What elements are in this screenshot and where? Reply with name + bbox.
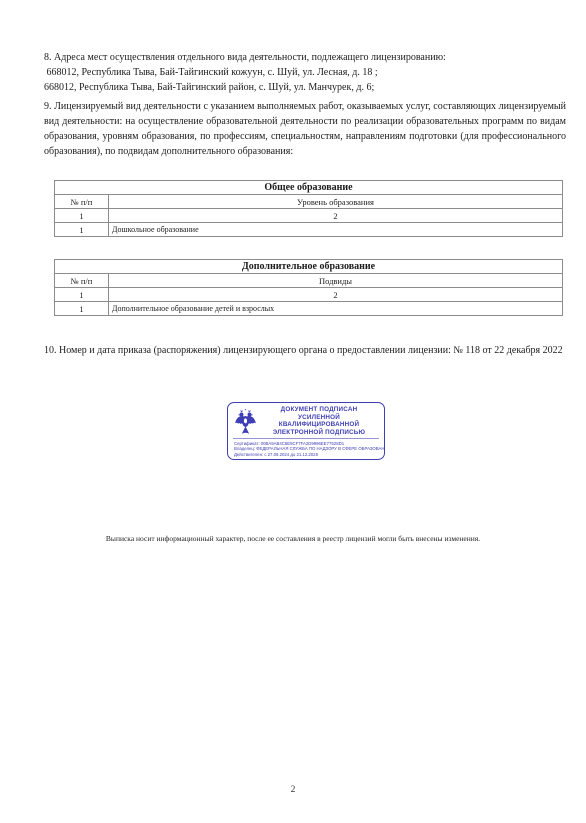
column-index-cell: 1 [55, 209, 109, 223]
table-row: 1 Дополнительное образование детей и взр… [55, 302, 563, 316]
stamp-owner-line: Владелец: ФЕДЕРАЛЬНАЯ СЛУЖБА ПО НАДЗОРУ … [234, 446, 380, 451]
column-index-cell: 2 [109, 288, 563, 302]
paragraph-addresses-line: 8. Адреса мест осуществления отдельного … [44, 50, 568, 65]
paragraph-addresses-line: 668012, Республика Тыва, Бай-Тайгинский … [44, 80, 568, 95]
stamp-header-line: ЭЛЕКТРОННОЙ ПОДПИСЬЮ [258, 429, 380, 437]
table-title: Общее образование [55, 181, 563, 195]
row-value-cell: Дополнительное образование детей и взрос… [109, 302, 563, 316]
stamp-header-line: ДОКУМЕНТ ПОДПИСАН [258, 406, 380, 414]
table-general-education: Общее образование № п/п Уровень образова… [54, 180, 563, 237]
informational-note: Выписка носит информационный характер, п… [0, 534, 586, 543]
document-page: 8. Адреса мест осуществления отдельного … [0, 0, 586, 823]
stamp-header-row: ДОКУМЕНТ ПОДПИСАН УСИЛЕННОЙ КВАЛИФИЦИРОВ… [228, 403, 384, 436]
table-row: 1 Дошкольное образование [55, 223, 563, 237]
table-row: 1 2 [55, 209, 563, 223]
column-header-subtypes: Подвиды [109, 274, 563, 288]
row-number-cell: 1 [55, 302, 109, 316]
column-header-number: № п/п [55, 274, 109, 288]
table-row: № п/п Уровень образования [55, 195, 563, 209]
table-row: Дополнительное образование [55, 260, 563, 274]
table-row: 1 2 [55, 288, 563, 302]
coat-of-arms-eagle-icon [233, 408, 258, 435]
table-row: Общее образование [55, 181, 563, 195]
row-value-cell: Дошкольное образование [109, 223, 563, 237]
stamp-certificate-info: Сертификат: 00BA9AB4C6E8CF7FA2D9996EE775… [228, 439, 384, 457]
stamp-header-text: ДОКУМЕНТ ПОДПИСАН УСИЛЕННОЙ КВАЛИФИЦИРОВ… [258, 406, 380, 436]
paragraph-licensed-activity: 9. Лицензируемый вид деятельности с указ… [44, 99, 566, 159]
column-header-number: № п/п [55, 195, 109, 209]
paragraph-order-number: 10. Номер и дата приказа (распоряжения) … [44, 343, 566, 358]
column-index-cell: 2 [109, 209, 563, 223]
row-number-cell: 1 [55, 223, 109, 237]
digital-signature-stamp: ДОКУМЕНТ ПОДПИСАН УСИЛЕННОЙ КВАЛИФИЦИРОВ… [227, 402, 385, 460]
stamp-header-line: УСИЛЕННОЙ КВАЛИФИЦИРОВАННОЙ [258, 414, 380, 429]
paragraph-addresses: 8. Адреса мест осуществления отдельного … [44, 50, 568, 95]
paragraph-addresses-line: 668012, Республика Тыва, Бай-Тайгинский … [44, 65, 568, 80]
stamp-validity-line: Действителен: с 27.09.2024 до 21.12.2025 [234, 452, 380, 457]
table-additional-education: Дополнительное образование № п/п Подвиды… [54, 259, 563, 316]
column-header-level: Уровень образования [109, 195, 563, 209]
column-index-cell: 1 [55, 288, 109, 302]
page-number: 2 [0, 785, 586, 795]
table-row: № п/п Подвиды [55, 274, 563, 288]
table-title: Дополнительное образование [55, 260, 563, 274]
